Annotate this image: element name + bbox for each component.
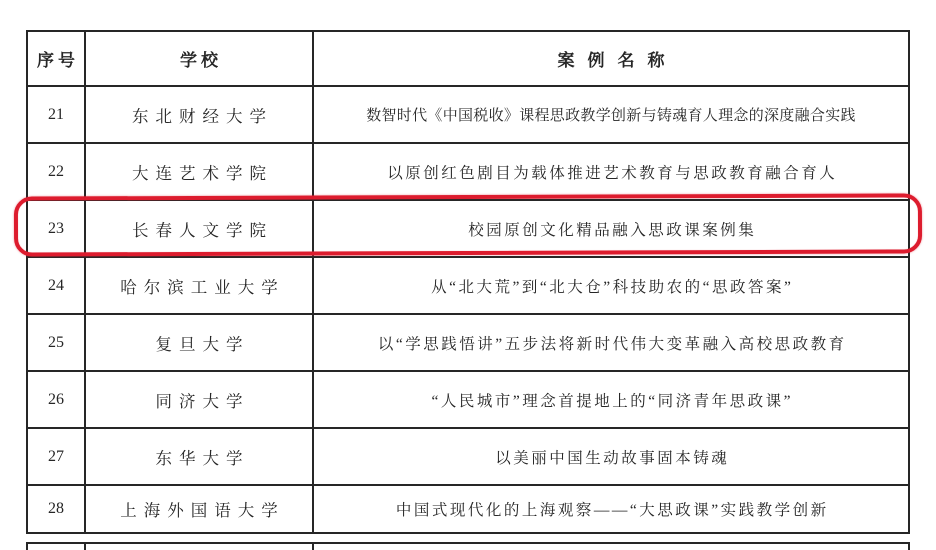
- cell-no: 28: [28, 486, 86, 532]
- col-header-no: 序号: [28, 32, 86, 85]
- stub-column-line: [84, 544, 86, 550]
- cell-no: 21: [28, 87, 86, 142]
- cell-school: 上海外国语大学: [86, 486, 314, 532]
- table-row: 22大连艺术学院以原创红色剧目为载体推进艺术教育与思政教育融合育人: [28, 144, 908, 201]
- stub-column-line: [312, 544, 314, 550]
- document-page: 序号 学校 案例名称 21东北财经大学数智时代《中国税收》课程思政教学创新与铸魂…: [0, 0, 936, 550]
- cell-no: 23: [28, 201, 86, 256]
- cell-case: 以“学思践悟讲”五步法将新时代伟大变革融入高校思政教育: [314, 315, 908, 370]
- cell-case: 中国式现代化的上海观察——“大思政课”实践教学创新: [314, 486, 908, 532]
- cell-case: “人民城市”理念首提地上的“同济青年思政课”: [314, 372, 908, 427]
- cell-case: 以美丽中国生动故事固本铸魂: [314, 429, 908, 484]
- cell-no: 25: [28, 315, 86, 370]
- cell-no: 24: [28, 258, 86, 313]
- cell-school: 东华大学: [86, 429, 314, 484]
- cell-case: 以原创红色剧目为载体推进艺术教育与思政教育融合育人: [314, 144, 908, 199]
- cell-no: 26: [28, 372, 86, 427]
- cell-no: 22: [28, 144, 86, 199]
- case-table: 序号 学校 案例名称 21东北财经大学数智时代《中国税收》课程思政教学创新与铸魂…: [26, 30, 910, 534]
- cell-case: 数智时代《中国税收》课程思政教学创新与铸魂育人理念的深度融合实践: [314, 87, 908, 142]
- col-header-case: 案例名称: [314, 32, 908, 85]
- next-row-stub: [26, 542, 910, 550]
- table-row: 24哈尔滨工业大学从“北大荒”到“北大仓”科技助农的“思政答案”: [28, 258, 908, 315]
- cell-no: 27: [28, 429, 86, 484]
- cell-school: 东北财经大学: [86, 87, 314, 142]
- col-header-school: 学校: [86, 32, 314, 85]
- table-body: 21东北财经大学数智时代《中国税收》课程思政教学创新与铸魂育人理念的深度融合实践…: [28, 87, 908, 532]
- cell-school: 哈尔滨工业大学: [86, 258, 314, 313]
- table-row: 25复旦大学以“学思践悟讲”五步法将新时代伟大变革融入高校思政教育: [28, 315, 908, 372]
- table-row: 23长春人文学院校园原创文化精品融入思政课案例集: [28, 201, 908, 258]
- table-row: 27东华大学以美丽中国生动故事固本铸魂: [28, 429, 908, 486]
- cell-case: 校园原创文化精品融入思政课案例集: [314, 201, 908, 256]
- cell-school: 长春人文学院: [86, 201, 314, 256]
- cell-school: 复旦大学: [86, 315, 314, 370]
- table-row: 28上海外国语大学中国式现代化的上海观察——“大思政课”实践教学创新: [28, 486, 908, 532]
- table-header-row: 序号 学校 案例名称: [28, 32, 908, 87]
- cell-school: 大连艺术学院: [86, 144, 314, 199]
- table-row: 26同济大学“人民城市”理念首提地上的“同济青年思政课”: [28, 372, 908, 429]
- cell-case: 从“北大荒”到“北大仓”科技助农的“思政答案”: [314, 258, 908, 313]
- cell-school: 同济大学: [86, 372, 314, 427]
- table-row: 21东北财经大学数智时代《中国税收》课程思政教学创新与铸魂育人理念的深度融合实践: [28, 87, 908, 144]
